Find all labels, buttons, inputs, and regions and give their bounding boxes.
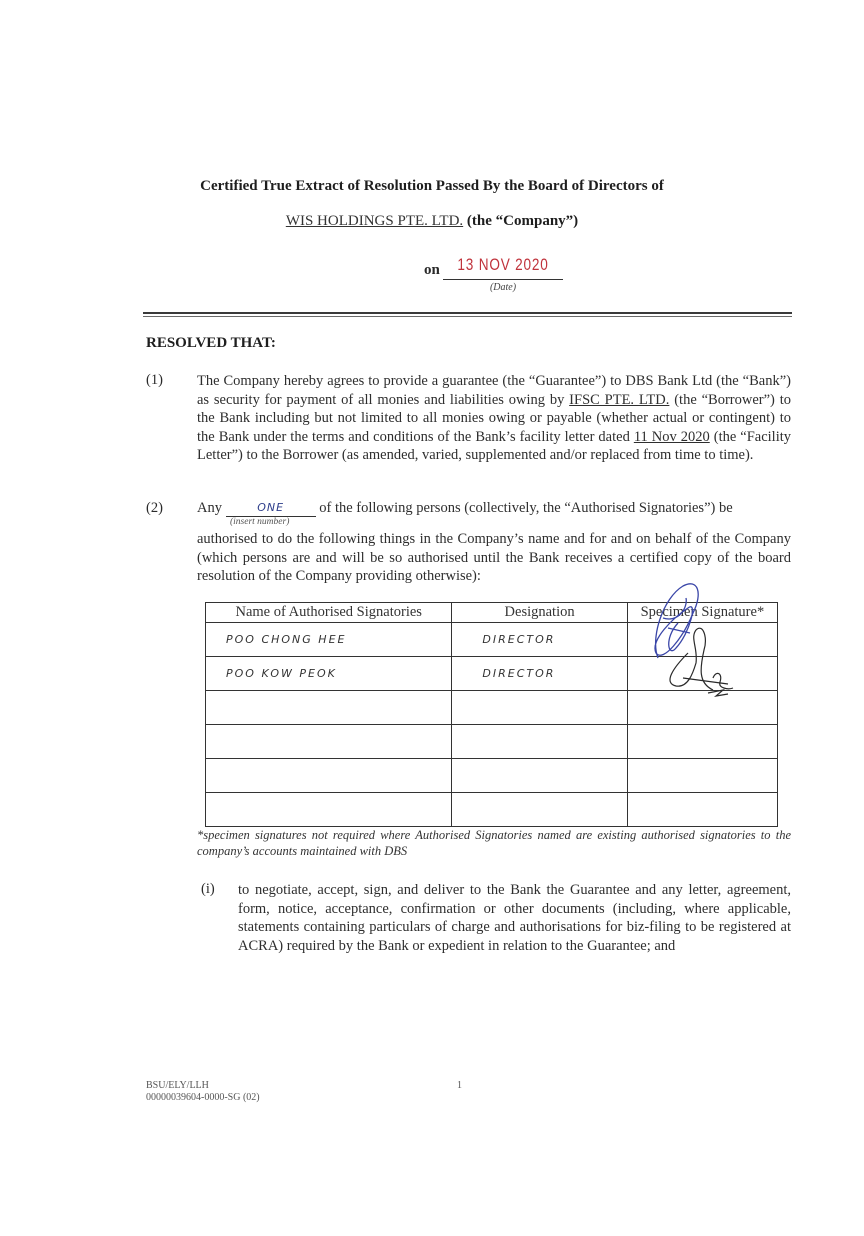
signature-cell [627, 691, 777, 725]
signatory-designation [452, 793, 627, 827]
borrower-name: IFSC PTE. LTD. [569, 392, 669, 408]
header-designation: Designation [452, 603, 627, 623]
paragraph-2-first-line: Any ONE of the following persons (collec… [197, 500, 733, 518]
table-row [206, 725, 778, 759]
paragraph-2-line1-rest: of the following persons (collectively, … [316, 500, 733, 516]
signatory-name [206, 691, 452, 725]
handwritten-number: ONE [257, 501, 284, 514]
document-title: Certified True Extract of Resolution Pas… [0, 178, 864, 195]
table-row [206, 793, 778, 827]
date-underline [443, 279, 563, 280]
signatory-designation: DIRECTOR [452, 657, 627, 691]
signatory-name [206, 725, 452, 759]
company-name: WIS HOLDINGS PTE. LTD. [286, 213, 463, 229]
header-specimen-signature: Specimen Signature* [627, 603, 777, 623]
signatory-designation [452, 691, 627, 725]
signatory-name: POO CHONG HEE [206, 623, 452, 657]
paragraph-1-number: (1) [146, 372, 163, 389]
signatory-designation [452, 725, 627, 759]
table-row [206, 691, 778, 725]
signature-cell [627, 725, 777, 759]
signatory-name [206, 759, 452, 793]
paragraph-2-number: (2) [146, 500, 163, 517]
footer-reference: BSU/ELY/LLH 00000039604-0000-SG (02) [146, 1080, 260, 1104]
facility-date: 11 Nov 2020 [634, 429, 710, 445]
sub-item-i-number: (i) [201, 881, 215, 898]
signatory-designation: DIRECTOR [452, 623, 627, 657]
header-name: Name of Authorised Signatories [206, 603, 452, 623]
page-number: 1 [457, 1080, 462, 1091]
on-label: on [424, 262, 440, 279]
resolved-heading: RESOLVED THAT: [146, 335, 276, 352]
signatory-name [206, 793, 452, 827]
paragraph-2-lead: Any [197, 500, 226, 516]
signatory-name: POO KOW PEOK [206, 657, 452, 691]
footer-ref-line-2: 00000039604-0000-SG (02) [146, 1092, 260, 1104]
divider-thick [143, 312, 792, 314]
date-stamp: 13 NOV 2020 [455, 255, 551, 275]
signature-cell [627, 657, 777, 691]
signatory-count-field: ONE [226, 499, 316, 517]
date-caption: (Date) [443, 282, 563, 293]
paragraph-2-text: authorised to do the following things in… [197, 530, 791, 586]
company-defined-term: (the “Company”) [463, 213, 578, 229]
table-header-row: Name of Authorised Signatories Designati… [206, 603, 778, 623]
signature-cell [627, 759, 777, 793]
footer-ref-line-1: BSU/ELY/LLH [146, 1080, 260, 1092]
divider-thin [143, 316, 792, 317]
specimen-footnote: *specimen signatures not required where … [197, 828, 791, 859]
signatories-table: Name of Authorised Signatories Designati… [205, 602, 778, 827]
table-row: POO KOW PEOK DIRECTOR [206, 657, 778, 691]
sub-item-i-text: to negotiate, accept, sign, and deliver … [238, 881, 791, 955]
signatory-designation [452, 759, 627, 793]
table-row [206, 759, 778, 793]
table-row: POO CHONG HEE DIRECTOR [206, 623, 778, 657]
signature-cell [627, 793, 777, 827]
insert-number-caption: (insert number) [230, 517, 289, 527]
paragraph-1: The Company hereby agrees to provide a g… [197, 372, 791, 465]
company-line: WIS HOLDINGS PTE. LTD. (the “Company”) [0, 213, 864, 230]
signature-cell [627, 623, 777, 657]
